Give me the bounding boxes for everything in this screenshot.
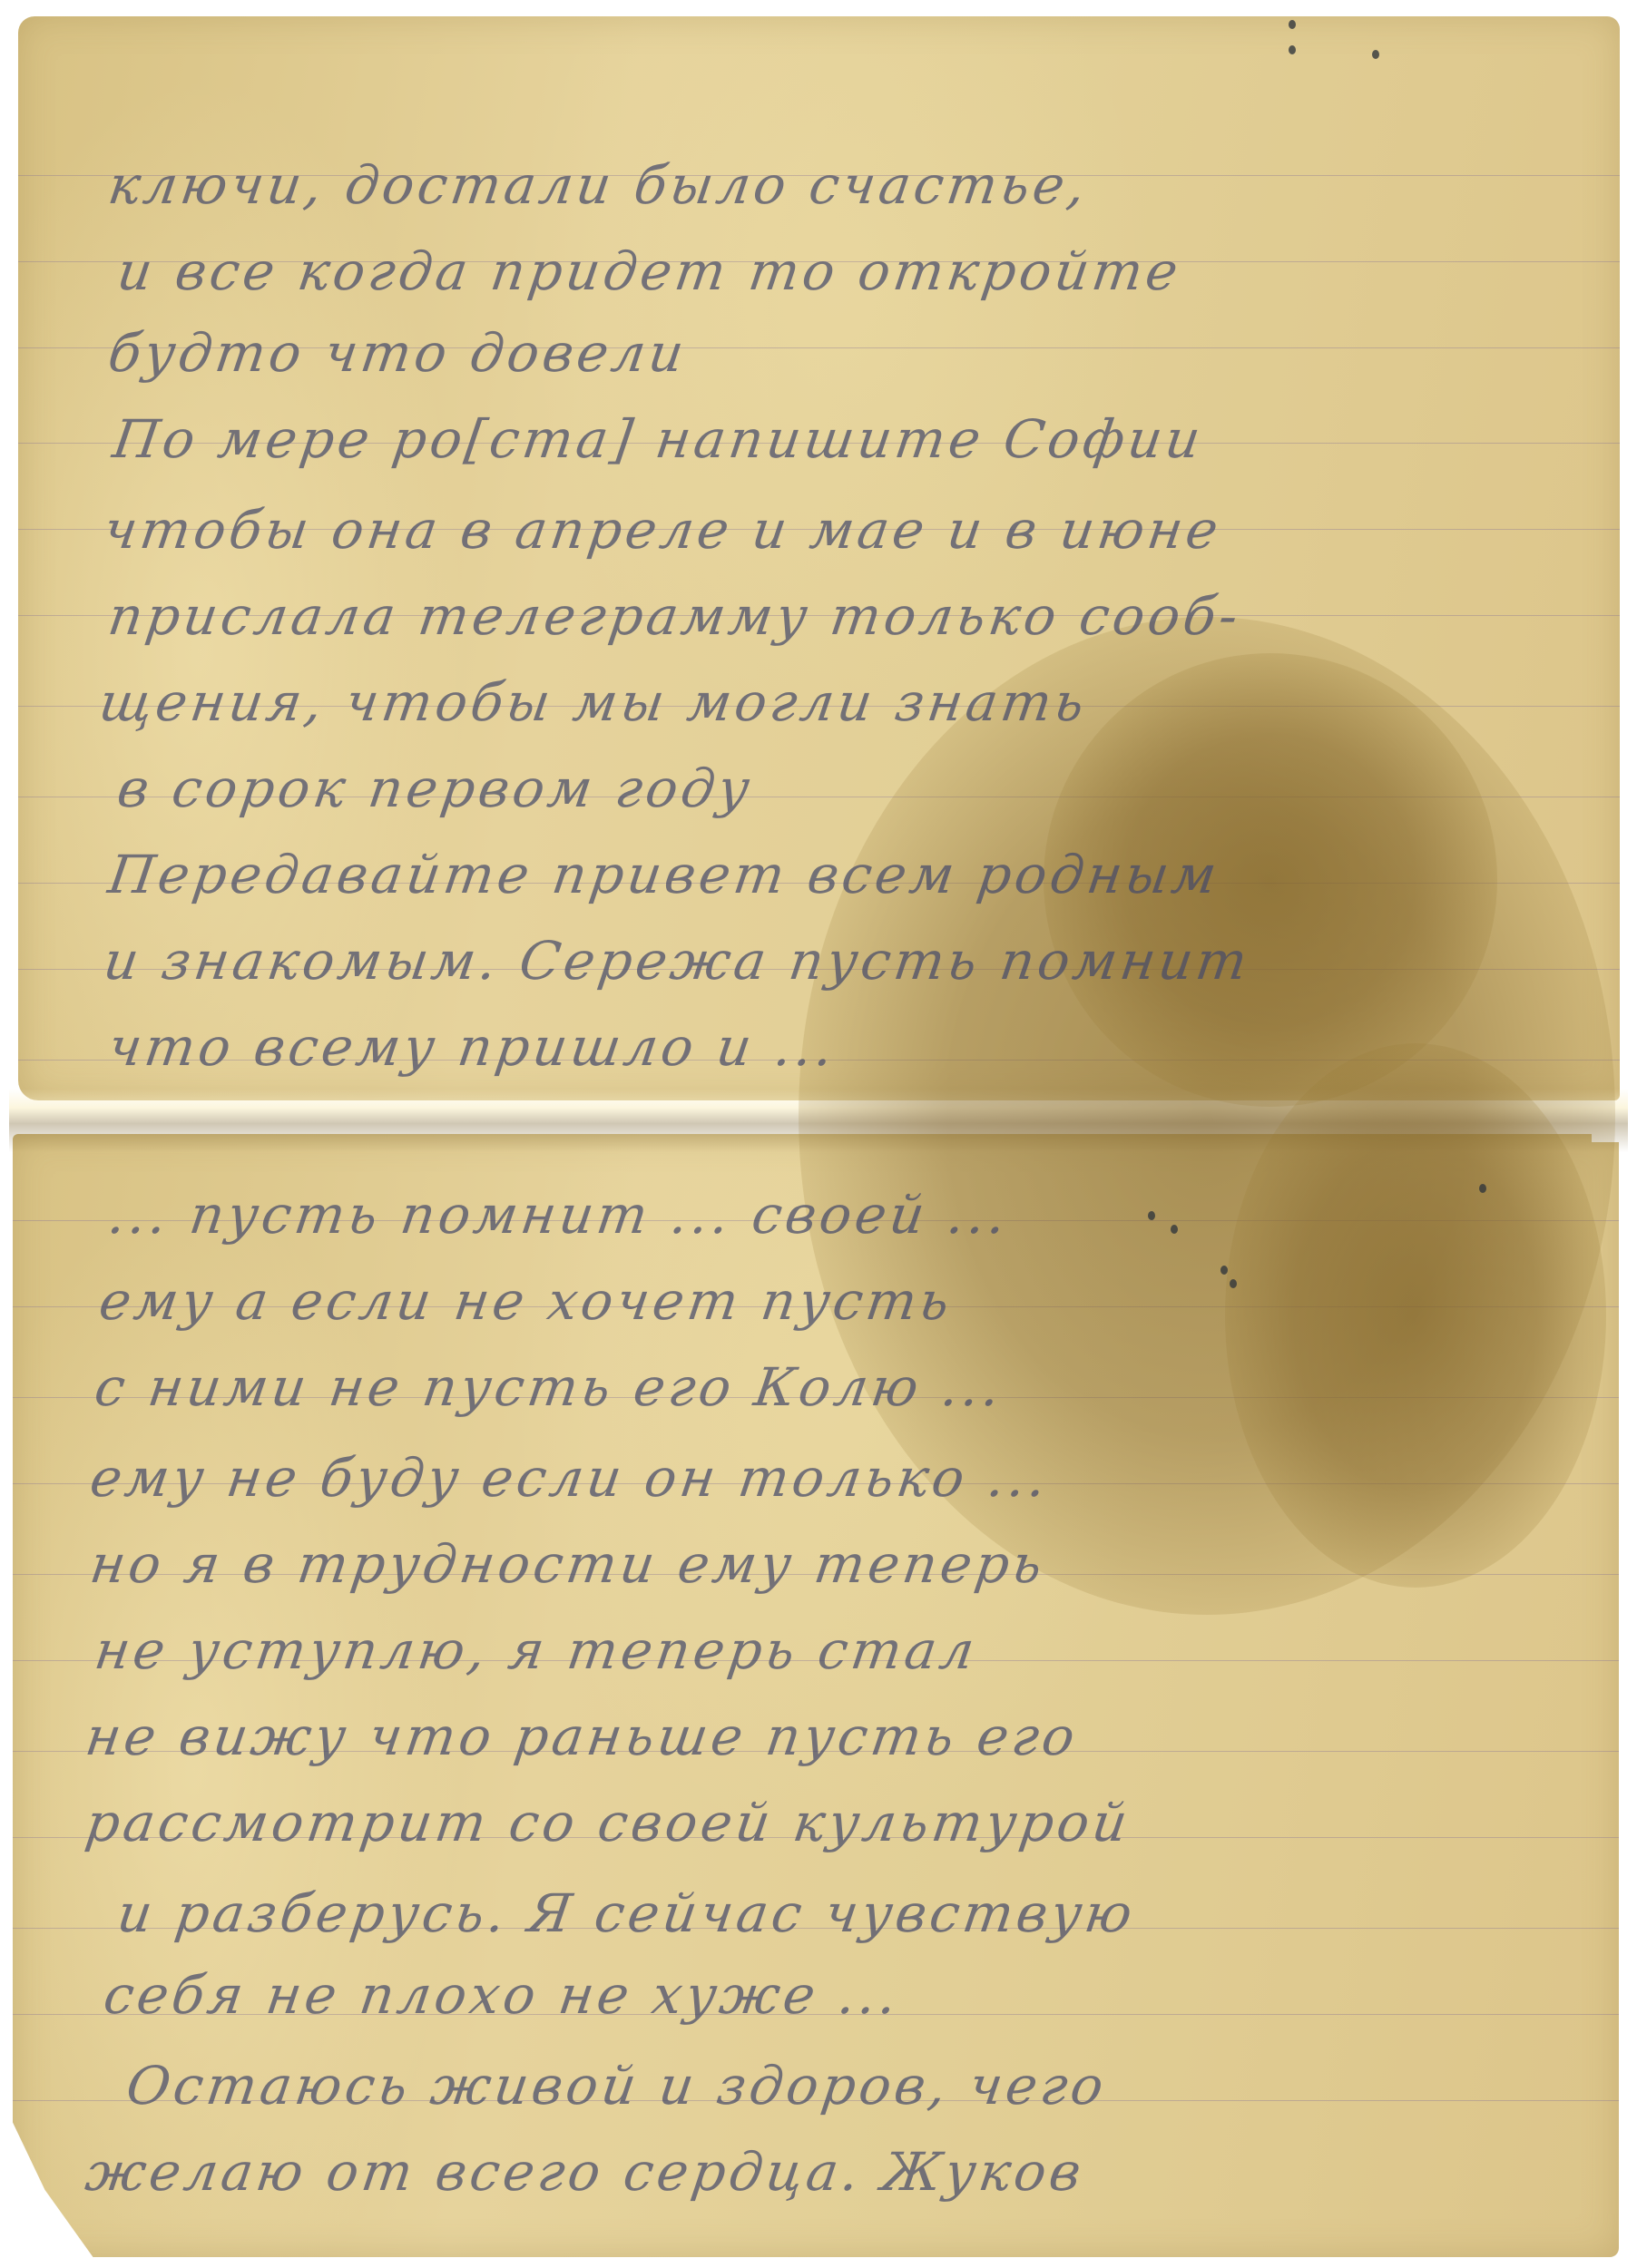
letter-line: будто что довели (105, 327, 691, 379)
letter-line: По мере ро[ста] напишите Софии (110, 413, 1207, 465)
letter-line: но я в трудности ему теперь (87, 1538, 1049, 1590)
letter-line: щения, чтобы мы могли знать (96, 676, 1091, 728)
letter-line: ключи, достали было счастье, (105, 159, 1092, 211)
letter-line: и знакомым. Сережа пусть помнит (101, 934, 1254, 987)
tear-gap-right (1592, 1111, 1637, 1142)
letter-line: Остаюсь живой и здоров, чего (123, 2059, 1110, 2112)
letter-signature-line: желаю от всего сердца. Жуков (83, 2146, 1088, 2198)
letter-line: ему а если не хочет пусть (96, 1275, 956, 1327)
ink-speck (1220, 1266, 1228, 1275)
letter-line: и разберусь. Я сейчас чувствую (114, 1887, 1139, 1940)
ink-speck (1230, 1279, 1237, 1288)
ink-speck (1372, 50, 1379, 59)
letter-line: прислала телеграмму только сооб- (105, 590, 1245, 642)
ink-speck (1289, 45, 1296, 54)
letter-line: и все когда придет то откройте (114, 245, 1185, 298)
letter-line: с ними не пусть его Колю ... (92, 1361, 1007, 1413)
letter-line: ему не буду если он только ... (87, 1452, 1053, 1504)
letter-line: чтобы она в апреле и мае и в июне (101, 503, 1225, 556)
ink-speck (1479, 1184, 1486, 1193)
letter-line: Передавайте привет всем родным (105, 848, 1223, 901)
ink-speck (1289, 20, 1296, 29)
tear-gap-left (0, 1102, 36, 1128)
letter-line: не вижу что раньше пусть его (83, 1710, 1082, 1763)
letter-line: в сорок первом году (114, 762, 757, 815)
ink-speck (1148, 1211, 1155, 1220)
letter-line: ... пусть помнит ... своей ... (105, 1188, 1013, 1241)
ink-speck (1171, 1225, 1178, 1234)
letter-line: что всему пришло и ... (105, 1021, 839, 1073)
letter-line: себя не плохо не хуже ... (101, 1969, 904, 2021)
letter-line: рассмотрит со своей культурой (83, 1796, 1134, 1849)
letter-line: не уступлю, я теперь стал (92, 1624, 981, 1677)
